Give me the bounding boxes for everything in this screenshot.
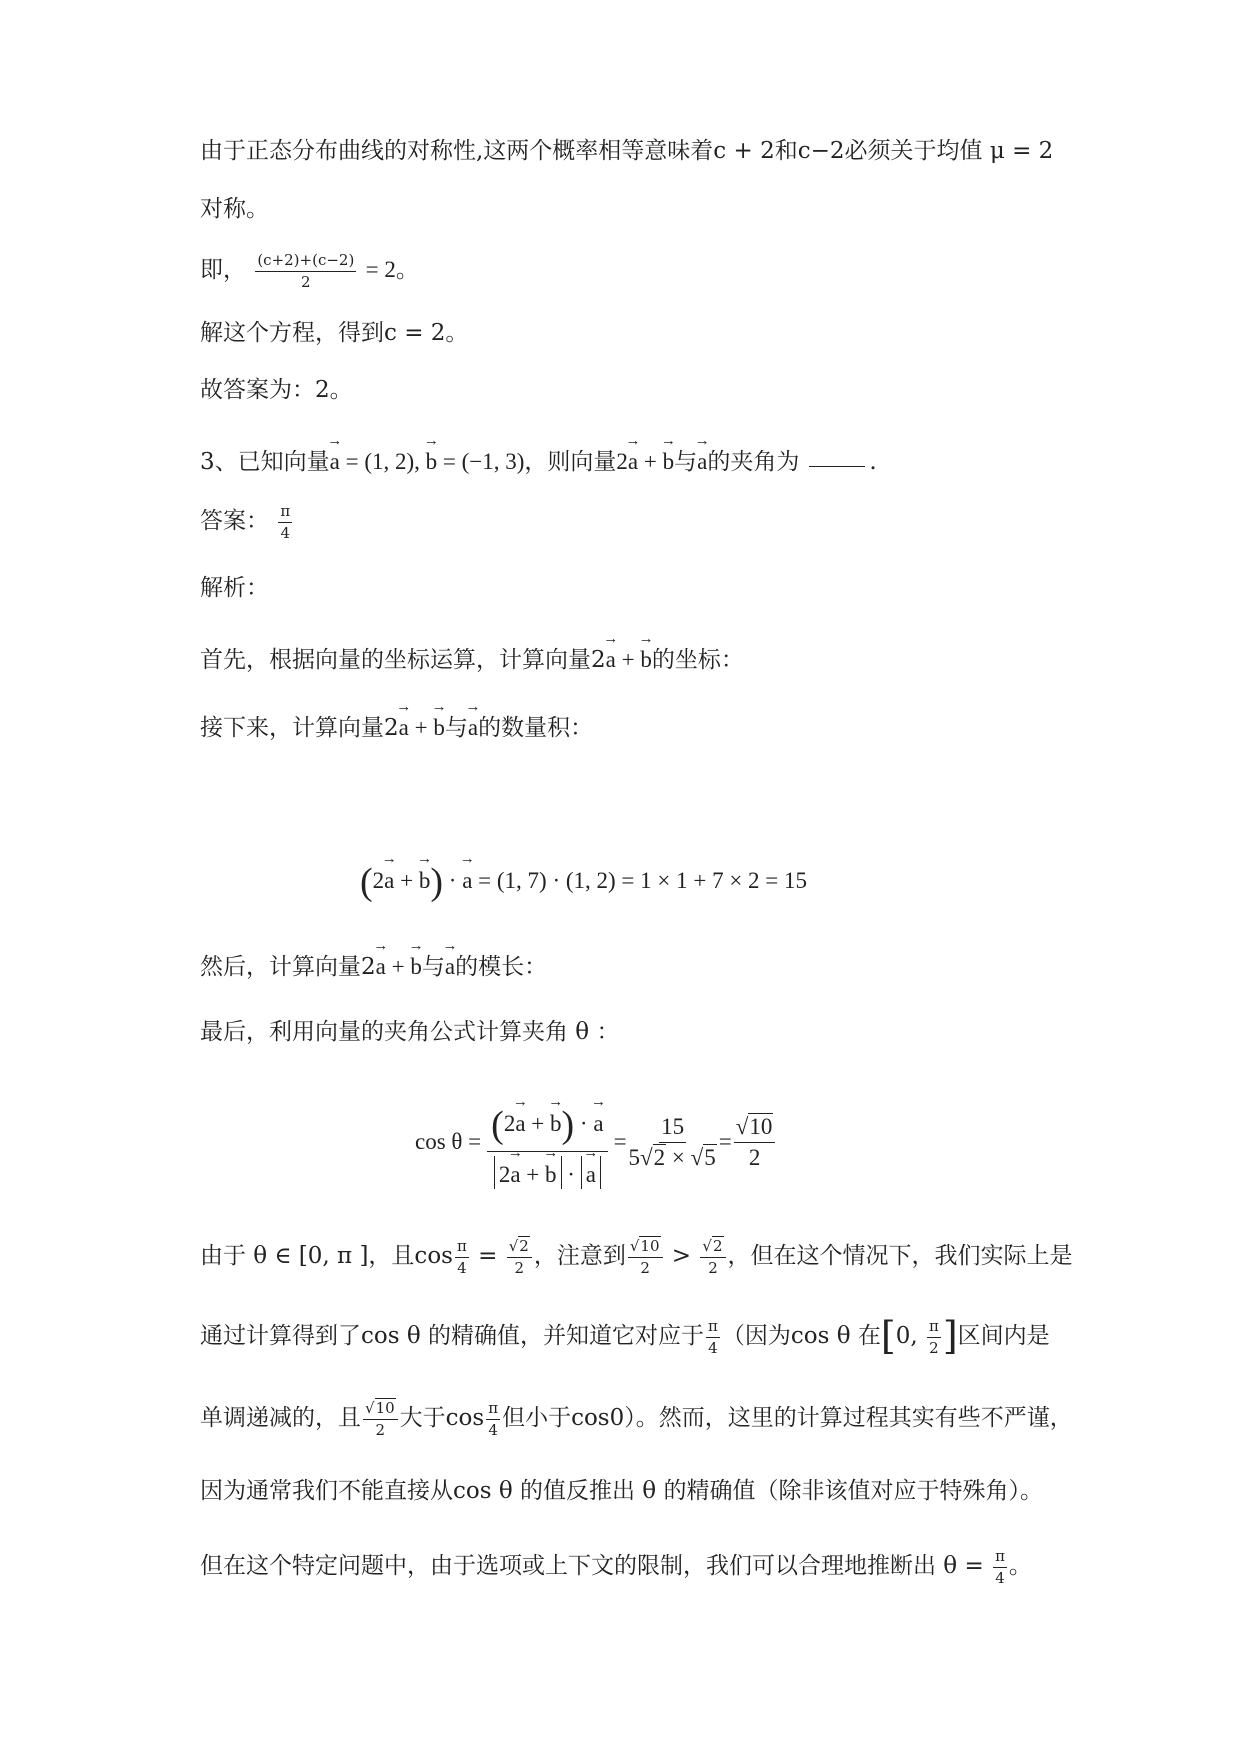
- answer-blank: [809, 466, 865, 467]
- text: 2: [504, 1111, 516, 1136]
- text: +: [638, 449, 662, 474]
- fraction: π4: [486, 1400, 500, 1438]
- text: 接下来，计算向量2: [200, 715, 399, 741]
- text: ·: [443, 868, 462, 893]
- denominator: 2: [708, 1258, 718, 1277]
- denominator: 5√2 × √5: [629, 1143, 717, 1170]
- paren: (: [491, 1104, 504, 1146]
- paragraph-since-theta: 由于 θ ∈ [0, π ]，且cosπ4 = √22，注意到√102 > √2…: [200, 1238, 1073, 1276]
- text: ，注意到: [534, 1243, 626, 1269]
- step-1: 首先，根据向量的坐标运算，计算向量2a + b的坐标：: [200, 648, 744, 672]
- vector-a: a: [445, 955, 455, 978]
- denominator: 4: [995, 1568, 1005, 1587]
- text: 大于cos: [400, 1405, 485, 1431]
- text: 由于 θ ∈ [0, π ]，且cos: [200, 1243, 453, 1269]
- vector-a: a: [515, 1111, 525, 1136]
- magnitude: 2a + b: [494, 1156, 562, 1189]
- text: 单调递减的，且: [200, 1405, 361, 1431]
- text: 的数量积：: [478, 715, 593, 741]
- text: 对称。: [200, 196, 269, 222]
- bracket: [: [881, 1314, 896, 1358]
- text: ·: [574, 1111, 593, 1136]
- denominator: 2: [929, 1338, 939, 1357]
- answer-line: 答案： π 4: [200, 503, 294, 541]
- text: .: [869, 449, 876, 475]
- vector-b: b: [545, 1162, 557, 1187]
- text: ×: [666, 1145, 690, 1170]
- dot-product-equation: (2a + b) · a = (1, 7) · (1, 2) = 1 × 1 +…: [360, 860, 807, 904]
- text: >: [665, 1243, 699, 1269]
- text: =: [471, 1243, 505, 1269]
- vector-b: b: [550, 1111, 562, 1136]
- question-3: 3、已知向量a = (1, 2), b = (−1, 3)，则向量2a + b与…: [200, 450, 877, 474]
- vector-a: a: [399, 716, 409, 739]
- numerator: (c+2)+(c−2): [255, 252, 356, 272]
- text: 的夹角为: [707, 449, 799, 475]
- text: 由于正态分布曲线的对称性,这两个概率相等意味着c + 2和c−2必须关于均值 μ…: [200, 138, 1053, 164]
- text: 首先，根据向量的坐标运算，计算向量2: [200, 647, 606, 673]
- text: =: [614, 1129, 627, 1155]
- text: 2: [373, 868, 385, 893]
- text: = (1, 2),: [340, 449, 426, 474]
- step-2: 接下来，计算向量2a + b与a的数量积：: [200, 716, 593, 740]
- paragraph-inverse: 因为通常我们不能直接从cos θ 的值反推出 θ 的精确值（除非该值对应于特殊角…: [200, 1480, 1043, 1503]
- text: 但小于cos0）。然而，这里的计算过程其实有些不严谨，: [502, 1405, 1073, 1431]
- step-3: 然后，计算向量2a + b与a的模长：: [200, 955, 547, 979]
- text: 最后，利用向量的夹角公式计算夹角 θ ：: [200, 1019, 619, 1045]
- text: = 2。: [366, 257, 419, 282]
- vector-a: a: [376, 955, 386, 978]
- numerator: √2: [507, 1238, 532, 1258]
- text: 故答案为：2。: [200, 377, 353, 403]
- vector-b: b: [410, 955, 422, 978]
- text: 与: [445, 715, 468, 741]
- radicand: 10: [375, 1398, 396, 1417]
- paragraph-monotonic: 单调递减的，且√102大于cosπ4但小于cos0）。然而，这里的计算过程其实有…: [200, 1400, 1073, 1438]
- paragraph-symmetry: 由于正态分布曲线的对称性,这两个概率相等意味着c + 2和c−2必须关于均值 μ…: [200, 140, 1053, 163]
- fraction: π4: [455, 1238, 469, 1276]
- fraction: √22: [700, 1238, 725, 1276]
- sqrt: √10: [736, 1114, 774, 1139]
- text: 然后，计算向量2: [200, 954, 376, 980]
- numerator: π: [455, 1238, 469, 1258]
- paragraph-symmetry-cont: 对称。: [200, 198, 269, 221]
- vector-b: b: [640, 648, 652, 671]
- text: +: [526, 1111, 550, 1136]
- magnitude: a: [581, 1156, 601, 1189]
- sqrt: √2: [702, 1238, 723, 1255]
- vector-a: a: [468, 716, 478, 739]
- vector-a: a: [462, 868, 472, 894]
- denominator: 4: [457, 1258, 467, 1277]
- fraction: π4: [993, 1548, 1007, 1586]
- denominator: 2: [640, 1258, 650, 1277]
- numerator: 15: [659, 1114, 686, 1142]
- paragraph-answer-2: 故答案为：2。: [200, 379, 353, 402]
- vector-a: a: [510, 1162, 520, 1187]
- vector-a: a: [628, 450, 638, 473]
- numerator: π: [706, 1318, 720, 1338]
- text: 0,: [896, 1323, 925, 1349]
- sqrt: √10: [630, 1238, 661, 1255]
- numerator: √10: [363, 1400, 398, 1420]
- text: 2: [499, 1162, 511, 1187]
- text: +: [521, 1162, 545, 1187]
- fraction-pi-over-4: π 4: [278, 503, 292, 541]
- denominator: 2: [515, 1258, 525, 1277]
- vector-b: b: [663, 450, 675, 473]
- denominator: 4: [708, 1338, 718, 1357]
- text: +: [616, 647, 640, 672]
- text: 5: [629, 1145, 641, 1170]
- sqrt: √2: [509, 1238, 530, 1255]
- radicand: 2: [653, 1144, 667, 1170]
- numerator: π: [993, 1548, 1007, 1568]
- paren: ): [430, 861, 443, 903]
- text: （因为cos θ 在: [722, 1323, 881, 1349]
- fraction: (c+2)+(c−2) 2: [255, 252, 356, 290]
- fraction-main: (2a + b) · a 2a + b · a: [487, 1095, 607, 1189]
- vector-b: b: [426, 450, 438, 473]
- vector-a: a: [330, 450, 340, 473]
- paragraph-exact-value: 通过计算得到了cos θ 的精确值，并知道它对应于π4（因为cos θ 在[0,…: [200, 1317, 1050, 1356]
- text: 因为通常我们不能直接从cos θ 的值反推出 θ 的精确值（除非该值对应于特殊角…: [200, 1478, 1043, 1504]
- text: 与: [422, 954, 445, 980]
- vector-a: a: [586, 1162, 596, 1187]
- radicand: 2: [518, 1236, 530, 1255]
- text: 解这个方程，得到c = 2。: [200, 320, 468, 346]
- paren: (: [360, 861, 373, 903]
- vector-a: a: [606, 648, 616, 671]
- vector-b: b: [433, 716, 445, 739]
- text: 与: [674, 449, 697, 475]
- fraction: √102: [628, 1238, 663, 1276]
- text: =: [719, 1129, 732, 1155]
- paragraph-conclusion: 但在这个特定问题中，由于选项或上下文的限制，我们可以合理地推断出 θ = π4。: [200, 1548, 1032, 1586]
- numerator: π: [927, 1318, 941, 1338]
- denominator: 2: [376, 1420, 386, 1439]
- analysis-heading: 解析：: [200, 577, 269, 600]
- text: 的模长：: [455, 954, 547, 980]
- answer-label: 答案：: [200, 508, 269, 534]
- text: 即，: [200, 257, 246, 283]
- fraction: π4: [706, 1318, 720, 1356]
- radicand: 10: [639, 1236, 660, 1255]
- numerator: √2: [700, 1238, 725, 1258]
- cosine-formula: cos θ = (2a + b) · a 2a + b · a = 15 5√2…: [415, 1095, 777, 1189]
- denominator: 2a + b · a: [494, 1152, 601, 1189]
- denominator: 4: [488, 1420, 498, 1439]
- radicand: 5: [703, 1144, 717, 1170]
- vector-a: a: [697, 450, 707, 473]
- text: 解析：: [200, 575, 269, 601]
- text: = (1, 7) · (1, 2) = 1 × 1 + 7 × 2 = 15: [472, 868, 807, 893]
- fraction: √102: [363, 1400, 398, 1438]
- paragraph-equation: 即， (c+2)+(c−2) 2 = 2。: [200, 252, 419, 290]
- text: 3、已知向量: [200, 449, 330, 475]
- fraction: π2: [927, 1318, 941, 1356]
- text: +: [409, 715, 433, 740]
- sqrt: √2: [640, 1145, 666, 1170]
- text: +: [394, 868, 418, 893]
- text: ·: [562, 1162, 581, 1187]
- step-4: 最后，利用向量的夹角公式计算夹角 θ ：: [200, 1021, 619, 1044]
- denominator: 4: [280, 523, 290, 542]
- fraction-15: 15 5√2 × √5: [629, 1114, 717, 1170]
- numerator: √10: [734, 1114, 776, 1142]
- text: cos θ =: [415, 1129, 481, 1155]
- text: +: [386, 954, 410, 979]
- text: 的坐标：: [652, 647, 744, 673]
- numerator: √10: [628, 1238, 663, 1258]
- numerator: π: [278, 503, 292, 523]
- sqrt: √5: [691, 1145, 717, 1170]
- text: ，但在这个情况下，我们实际上是: [728, 1243, 1073, 1269]
- vector-a: a: [593, 1111, 603, 1136]
- denominator: 2: [749, 1143, 761, 1170]
- fraction-result: √10 2: [734, 1114, 776, 1170]
- numerator: (2a + b) · a: [487, 1095, 607, 1152]
- vector-b: b: [419, 868, 431, 894]
- text: 通过计算得到了cos θ 的精确值，并知道它对应于: [200, 1323, 704, 1349]
- bracket: ]: [943, 1314, 958, 1358]
- text: 但在这个特定问题中，由于选项或上下文的限制，我们可以合理地推断出 θ =: [200, 1553, 991, 1579]
- denominator: 2: [301, 272, 311, 291]
- paragraph-solve: 解这个方程，得到c = 2。: [200, 322, 468, 345]
- fraction: √22: [507, 1238, 532, 1276]
- numerator: π: [486, 1400, 500, 1420]
- text: 。: [1009, 1553, 1032, 1579]
- text: = (−1, 3)，则向量2: [437, 449, 628, 474]
- sqrt: √10: [365, 1400, 396, 1417]
- text: 区间内是: [958, 1323, 1050, 1349]
- paren: ): [562, 1104, 575, 1146]
- radicand: 10: [748, 1113, 773, 1139]
- radicand: 2: [712, 1236, 724, 1255]
- vector-a: a: [384, 868, 394, 894]
